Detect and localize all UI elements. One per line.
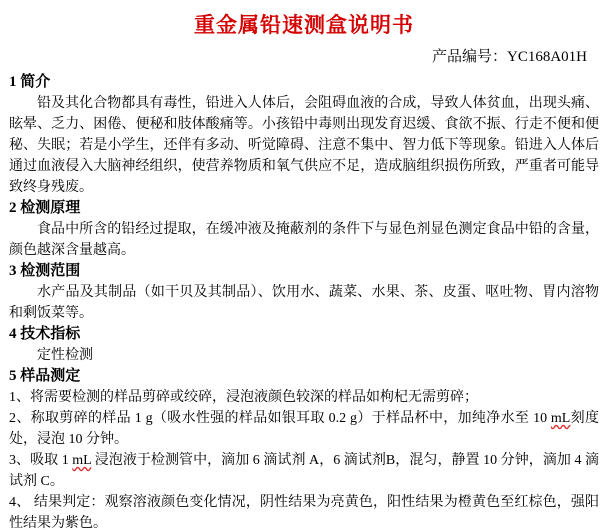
document-page: 重金属铅速测盒说明书 产品编号：YC168A01H 1 简介 铅及其化合物都具有… [0, 0, 608, 530]
section-2-heading: 2 检测原理 [9, 198, 599, 219]
product-code: 产品编号：YC168A01H [9, 46, 599, 68]
step-3-text-before-unit: 3、吸取 1 [9, 453, 72, 468]
procedure-step-4: 4、 结果判定：观察溶液颜色变化情况，阴性结果为亮黄色，阳性结果为橙黄色至红棕色… [9, 492, 599, 530]
section-1-paragraph: 铅及其化合物都具有毒性，铅进入人体后，会阻碍血液的合成，导致人体贫血，出现头痛、… [9, 93, 599, 198]
section-4-paragraph: 定性检测 [9, 345, 599, 366]
step-3-text-after-unit: 浸泡液于检测管中，滴加 6 滴试剂 A，6 滴试剂B，混匀，静置 10 分钟，滴… [9, 453, 599, 489]
section-3-paragraph: 水产品及其制品（如干贝及其制品）、饮用水、蔬菜、水果、茶、皮蛋、呕吐物、胃内溶物… [9, 282, 599, 324]
procedure-step-3: 3、吸取 1 mL 浸泡液于检测管中，滴加 6 滴试剂 A，6 滴试剂B，混匀，… [9, 450, 599, 492]
section-2-paragraph: 食品中所含的铅经过提取，在缓冲液及掩蔽剂的条件下与显色剂显色测定食品中铅的含量，… [9, 219, 599, 261]
procedure-step-1: 1、将需要检测的样品剪碎或绞碎，浸泡液颜色较深的样品如枸杞无需剪碎； [9, 387, 599, 408]
step-2-text-before-unit: 2、称取剪碎的样品 1 g（吸水性强的样品如银耳取 0.2 g）于样品杯中，加纯… [9, 411, 551, 426]
step-2-unit-ml-spellcheck: mL [551, 411, 570, 426]
section-4-heading: 4 技术指标 [9, 324, 599, 345]
section-3-heading: 3 检测范围 [9, 261, 599, 282]
section-5-heading: 5 样品测定 [9, 366, 599, 387]
step-3-unit-ml-spellcheck: mL [72, 453, 91, 468]
section-1-heading: 1 简介 [9, 72, 599, 93]
document-title: 重金属铅速测盒说明书 [9, 10, 599, 40]
procedure-step-2: 2、称取剪碎的样品 1 g（吸水性强的样品如银耳取 0.2 g）于样品杯中，加纯… [9, 408, 599, 450]
